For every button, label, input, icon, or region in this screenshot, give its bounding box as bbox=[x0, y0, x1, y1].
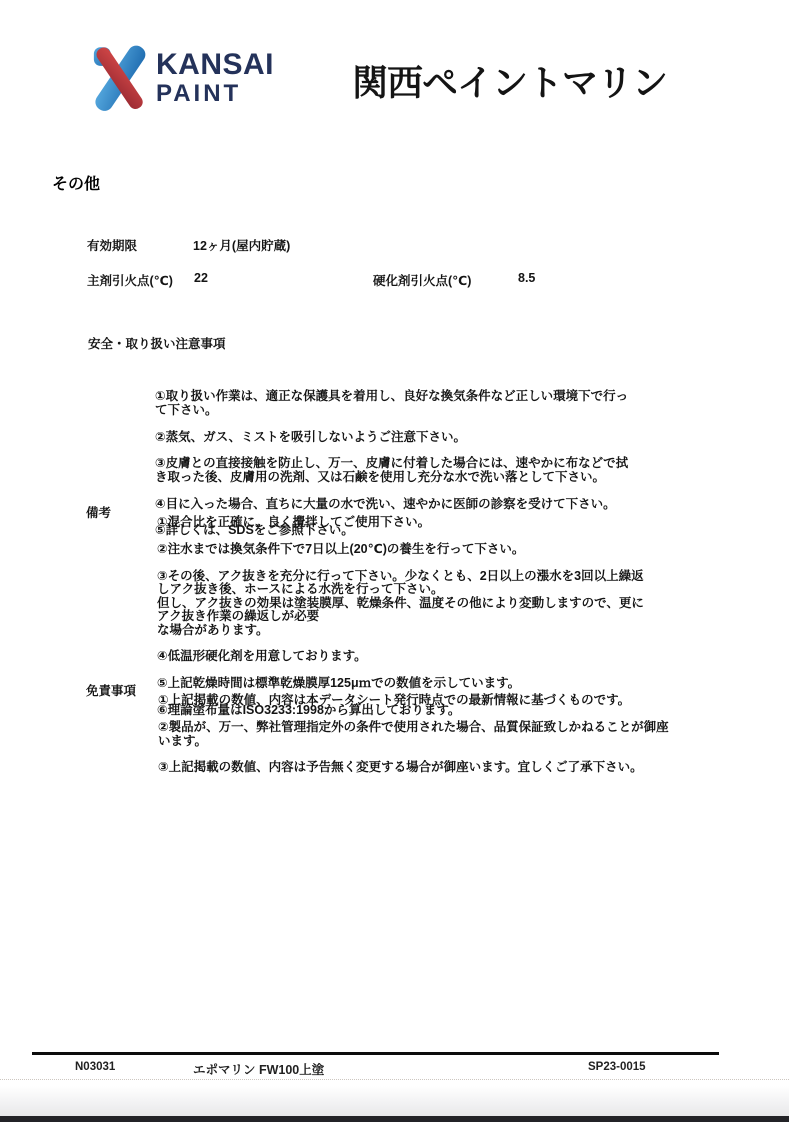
company-name-japanese: 関西ペイントマリン bbox=[352, 55, 667, 106]
disclaimer-item: ③上記掲載の数値、内容は予告無く変更する場合が御座います。宜しくご了承下さい。 bbox=[158, 761, 758, 774]
disclaimer-item-list: ①上記掲載の数値、内容は本データシート発行時点での最新情報に基づくものです。 ②… bbox=[158, 681, 758, 788]
base-flash-point-label: 主剤引火点(℃) bbox=[87, 271, 173, 289]
shelf-life-label: 有効期限 bbox=[87, 236, 137, 254]
tds-document-page: KANSAI PAINT 関西ペイントマリン その他 有効期限 12ヶ月(屋内貯… bbox=[0, 0, 789, 1122]
safety-item: ②蒸気、ガス、ミストを吸引しないようご注意下さい。 bbox=[155, 431, 730, 444]
brand-name-bottom: PAINT bbox=[156, 82, 274, 106]
safety-section-label: 安全・取り扱い注意事項 bbox=[88, 334, 226, 352]
safety-item: ③皮膚との直接接触を防止し、万一、皮膚に付着した場合には、速やかに布などで拭 き… bbox=[155, 457, 730, 484]
disclaimer-item: ①上記掲載の数値、内容は本データシート発行時点での最新情報に基づくものです。 bbox=[158, 694, 758, 707]
brand-name-top: KANSAI bbox=[156, 50, 274, 80]
kansai-paint-logo: KANSAI PAINT bbox=[92, 42, 317, 114]
base-flash-point-value: 22 bbox=[194, 271, 208, 285]
remarks-item: ③その後、アク抜きを充分に行って下さい。少なくとも、2日以上の漲水を3回以上繰返… bbox=[157, 570, 747, 637]
brand-wordmark: KANSAI PAINT bbox=[156, 50, 274, 106]
page-bottom-bar bbox=[0, 1116, 789, 1122]
hardener-flash-point-value: 8.5 bbox=[518, 271, 535, 285]
footer-ref-number: SP23-0015 bbox=[588, 1061, 646, 1073]
footer-rule bbox=[32, 1052, 719, 1055]
hardener-flash-point-label: 硬化剤引火点(℃) bbox=[373, 271, 471, 289]
remarks-item: ④低温形硬化剤を用意しております。 bbox=[157, 650, 747, 663]
remarks-item: ①混合比を正確に、良く攪拌してご使用下さい。 bbox=[157, 516, 747, 529]
page-title: その他 bbox=[52, 171, 100, 194]
footer-doc-number: N03031 bbox=[75, 1061, 115, 1073]
footer-product-name: エポマリン FW100上塗 bbox=[193, 1060, 324, 1078]
footer-dotted-line bbox=[0, 1079, 789, 1080]
safety-item: ①取り扱い作業は、適正な保護具を着用し、良好な換気条件など正しい環境下で行っ て… bbox=[155, 390, 730, 417]
disclaimer-section-label: 免責事項 bbox=[86, 681, 136, 699]
disclaimer-item: ②製品が、万一、弊社管理指定外の条件で使用された場合、品質保証致しかねることが御… bbox=[158, 721, 758, 748]
kansai-k-mark-icon bbox=[92, 44, 148, 112]
remarks-item: ②注水までは換気条件下で7日以上(20℃)の養生を行って下さい。 bbox=[157, 543, 747, 556]
shelf-life-value: 12ヶ月(屋内貯蔵) bbox=[193, 236, 290, 254]
page-bottom-shade bbox=[0, 1086, 789, 1116]
remarks-section-label: 備考 bbox=[86, 503, 111, 521]
